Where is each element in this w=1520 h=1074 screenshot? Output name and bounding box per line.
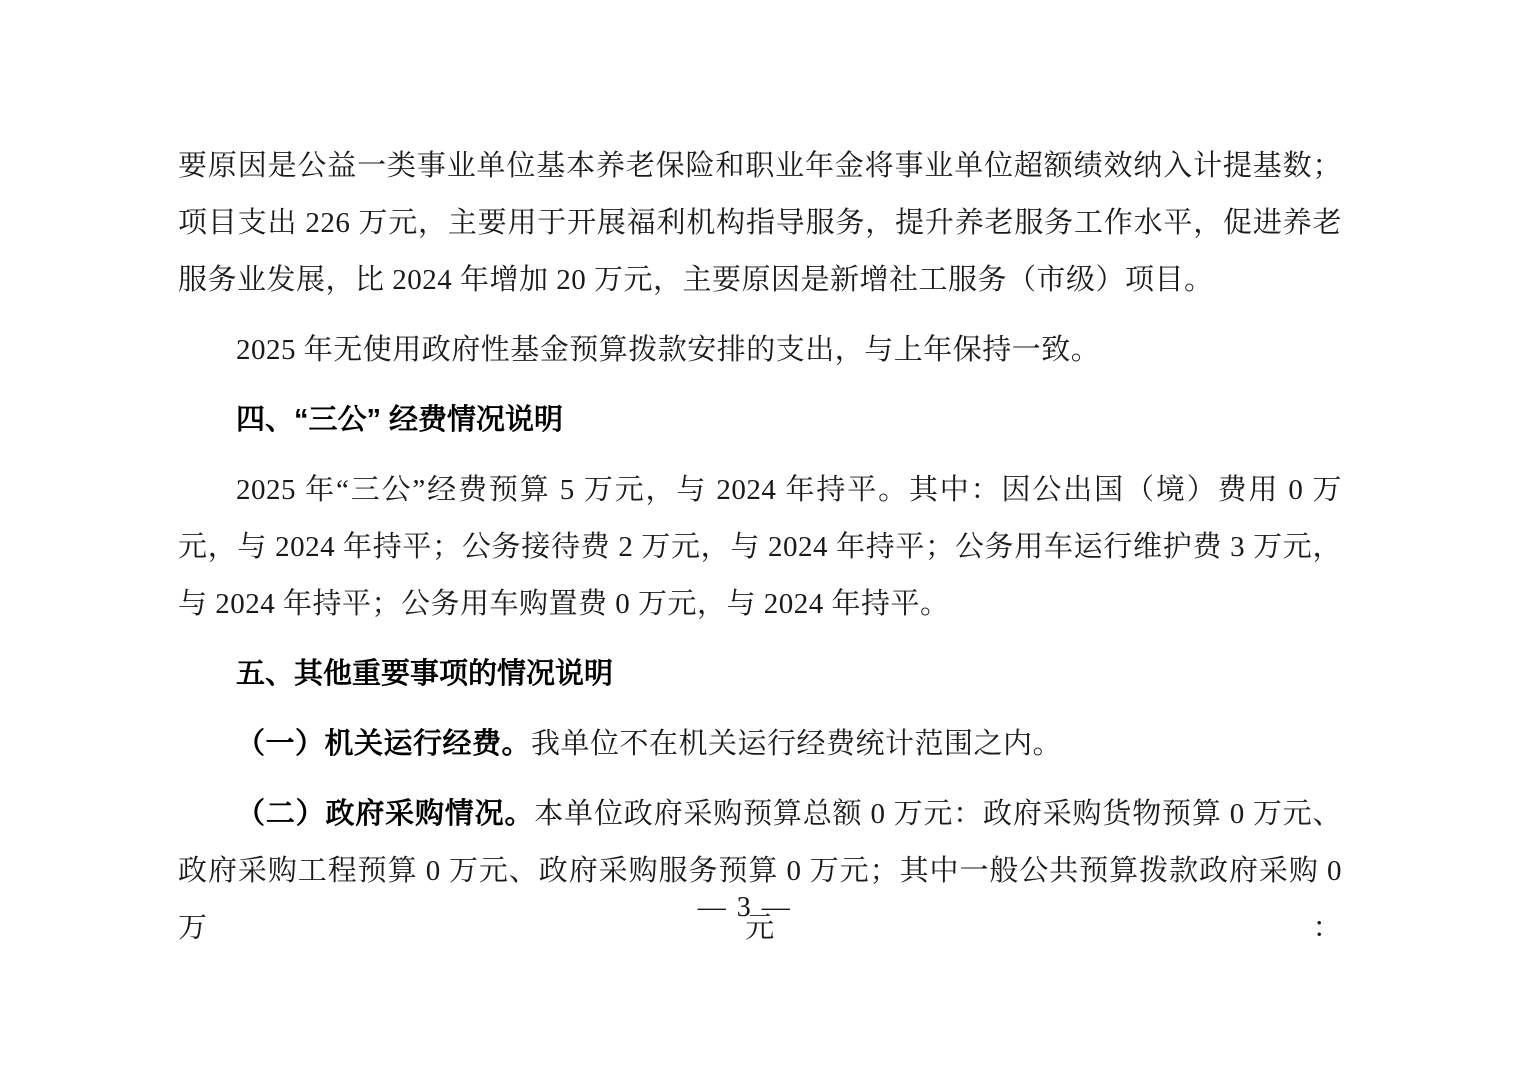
item-two-lead-label: （二）政府采购情况。: [236, 798, 534, 830]
item-one-lead-label: （一）机关运行经费。: [236, 728, 531, 760]
paragraph-continuation-project-expense: 要原因是公益一类事业单位基本养老保险和职业年金将事业单位超额绩效纳入计提基数；项…: [178, 138, 1342, 309]
heading-section-five-other-important-matters: 五、其他重要事项的情况说明: [178, 646, 1342, 703]
item-one-body-text: 我单位不在机关运行经费统计范围之内。: [531, 728, 1062, 760]
heading-section-four-three-public-funds: 四、“三公” 经费情况说明: [178, 392, 1342, 449]
paragraph-three-public-funds-detail: 2025 年“三公”经费预算 5 万元，与 2024 年持平。其中：因公出国（境…: [178, 462, 1342, 633]
paragraph-government-fund-budget: 2025 年无使用政府性基金预算拨款安排的支出，与上年保持一致。: [178, 322, 1342, 379]
paragraph-agency-operating-expense: （一）机关运行经费。我单位不在机关运行经费统计范围之内。: [178, 716, 1342, 773]
page-number: — 3 —: [0, 890, 1490, 926]
document-content: 要原因是公益一类事业单位基本养老保险和职业年金将事业单位超额绩效纳入计提基数；项…: [178, 138, 1342, 970]
document-page: 要原因是公益一类事业单位基本养老保险和职业年金将事业单位超额绩效纳入计提基数；项…: [0, 0, 1520, 1074]
paragraph-government-procurement: （二）政府采购情况。本单位政府采购预算总额 0 万元：政府采购货物预算 0 万元…: [178, 786, 1342, 957]
